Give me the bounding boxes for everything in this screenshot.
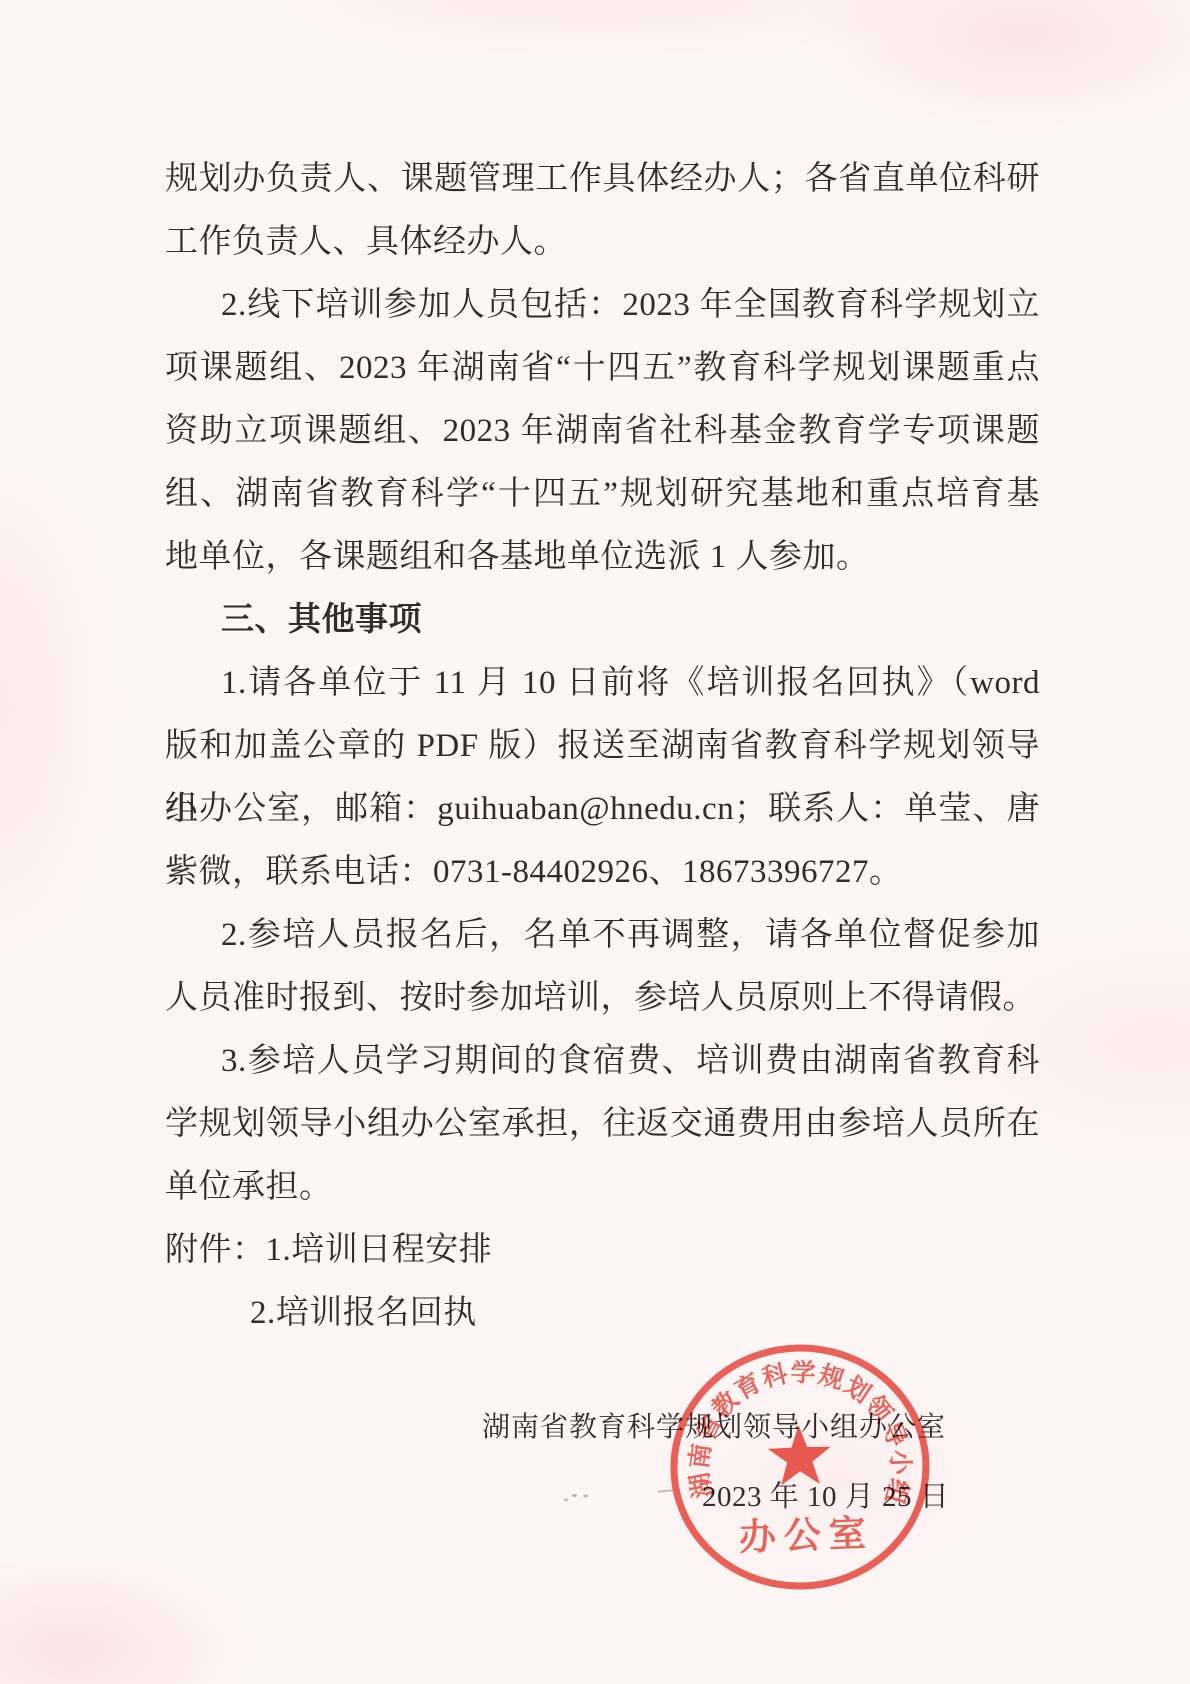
text-line: 地单位，各课题组和各基地单位选派 1 人参加。 — [165, 526, 1040, 589]
text-line: 规划办负责人、课题管理工作具体经办人；各省直单位科研 — [165, 148, 1040, 211]
text-line: 三、其他事项 — [165, 589, 1040, 652]
official-seal-stamp: 湖南省教育科学规划领导小组 办公室 — [660, 1335, 941, 1600]
text-line: 1.请各单位于 11 月 10 日前将《培训报名回执》（word — [165, 652, 1040, 715]
text-line: 人员准时报到、按时参加培训，参培人员原则上不得请假。 — [165, 967, 1040, 1030]
text-line: 附件：1.培训日程安排 — [165, 1219, 1040, 1282]
text-line: 3.参培人员学习期间的食宿费、培训费由湖南省教育科 — [165, 1030, 1040, 1093]
seal-bottom-text: 办公室 — [738, 1512, 874, 1559]
text-line: 紫微，联系电话：0731-84402926、18673396727。 — [165, 841, 1040, 904]
text-line: 项课题组、2023 年湖南省“十四五”教育科学规划课题重点 — [165, 337, 1040, 400]
text-line: 资助立项课题组、2023 年湖南省社科基金教育学专项课题 — [165, 400, 1040, 463]
text-line: 版和加盖公章的 PDF 版）报送至湖南省教育科学规划领导小 — [165, 715, 1040, 778]
text-line: 组办公室，邮箱：guihuaban@hnedu.cn；联系人：单莹、唐 — [165, 778, 1040, 841]
scan-smudge-dots — [572, 1494, 577, 1498]
text-line: 组、湖南省教育科学“十四五”规划研究基地和重点培育基 — [165, 463, 1040, 526]
seal-star-icon — [767, 1424, 832, 1486]
document-page: 规划办负责人、课题管理工作具体经办人；各省直单位科研工作负责人、具体经办人。2.… — [0, 0, 1190, 1684]
body-text: 规划办负责人、课题管理工作具体经办人；各省直单位科研工作负责人、具体经办人。2.… — [165, 148, 1040, 1345]
text-line: 单位承担。 — [165, 1156, 1040, 1219]
text-line: 学规划领导小组办公室承担，往返交通费用由参培人员所在 — [165, 1093, 1040, 1156]
text-line: 工作负责人、具体经办人。 — [165, 211, 1040, 274]
text-line: 2.参培人员报名后，名单不再调整，请各单位督促参加 — [165, 904, 1040, 967]
text-line: 2.线下培训参加人员包括：2023 年全国教育科学规划立 — [165, 274, 1040, 337]
